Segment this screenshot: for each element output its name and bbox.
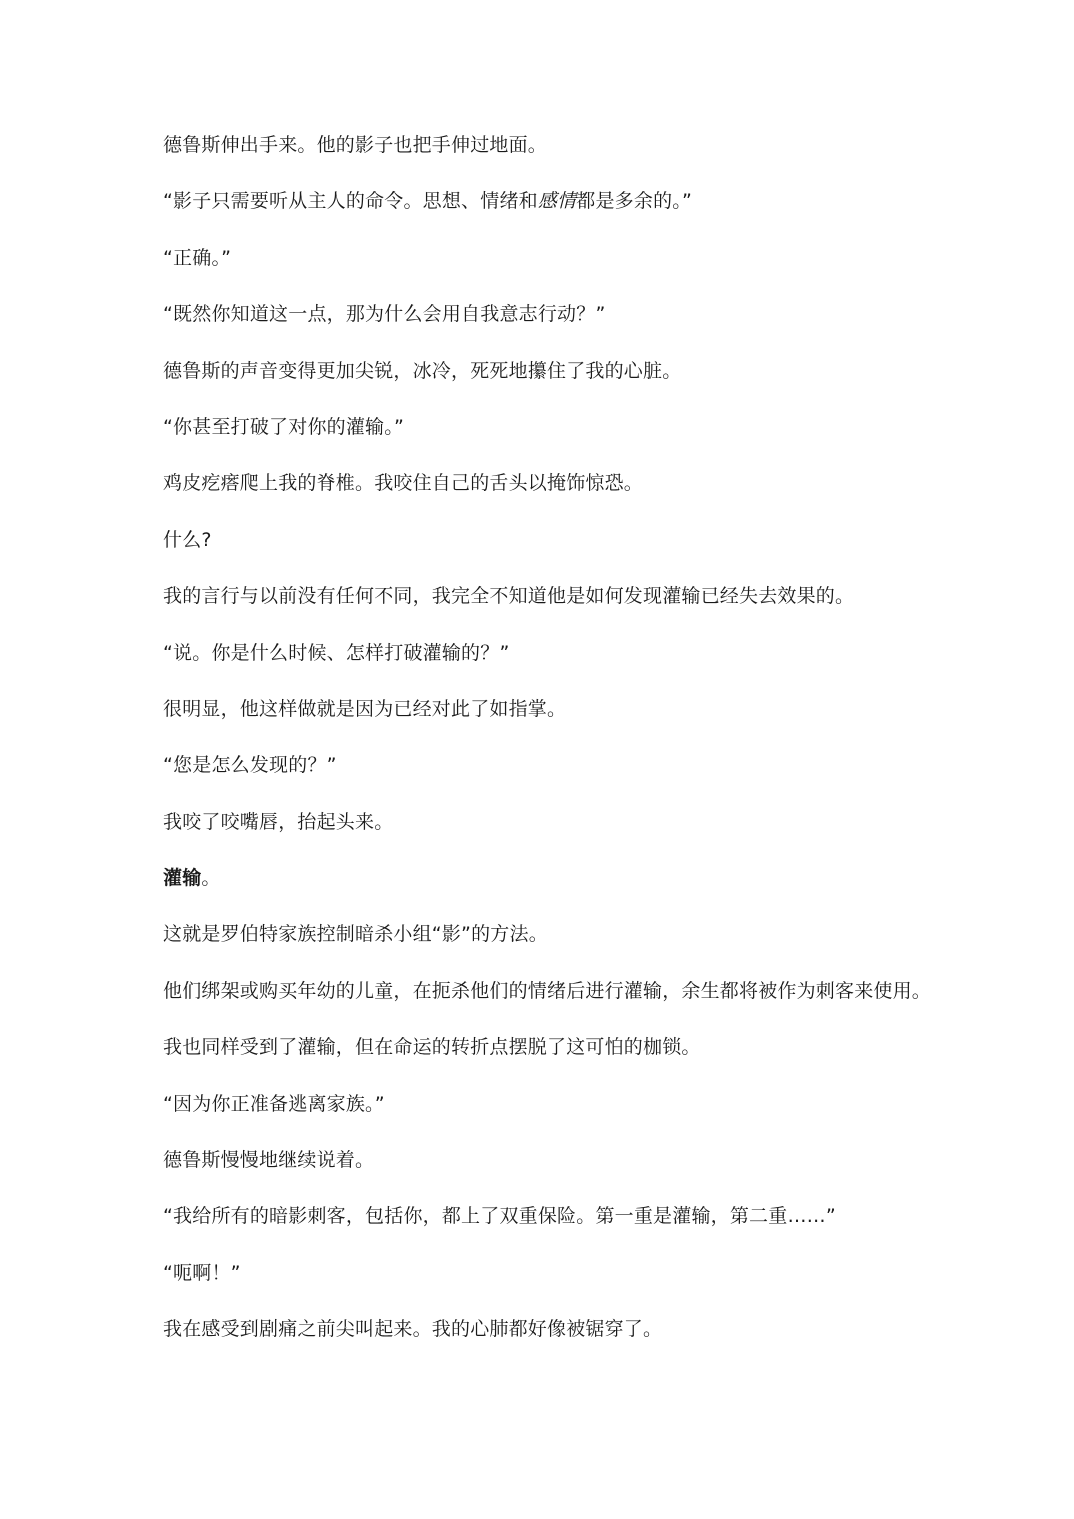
paragraph: “您是怎么发现的？” (163, 751, 963, 779)
paragraph: 这就是罗伯特家族控制暗杀小组“影”的方法。 (163, 920, 963, 948)
paragraph: “说。你是什么时候、怎样打破灌输的？” (163, 639, 963, 667)
paragraph: 我在感受到剧痛之前尖叫起来。我的心肺都好像被锯穿了。 (163, 1315, 963, 1343)
paragraph: “影子只需要听从主人的命令。思想、情绪和感情都是多余的。” (163, 187, 963, 215)
paragraph: 我也同样受到了灌输，但在命运的转折点摆脱了这可怕的枷锁。 (163, 1033, 963, 1061)
bold-heading-term: 灌输 (163, 867, 201, 889)
paragraph: 德鲁斯慢慢地继续说着。 (163, 1146, 963, 1174)
paragraph: 灌输。 (163, 864, 963, 892)
paragraph: “我给所有的暗影刺客，包括你，都上了双重保险。第一重是灌输，第二重……” (163, 1202, 963, 1230)
paragraph: “既然你知道这一点，那为什么会用自我意志行动？” (163, 300, 963, 328)
paragraph: “因为你正准备逃离家族。” (163, 1090, 963, 1118)
paragraph: “正确。” (163, 244, 963, 272)
paragraph: 我咬了咬嘴唇，抬起头来。 (163, 808, 963, 836)
italic-emphasis: 感情 (538, 190, 576, 212)
paragraph-text: “影子只需要听从主人的命令。思想、情绪和 (163, 190, 538, 212)
paragraph: “呃啊！” (163, 1259, 963, 1287)
paragraph: 很明显，他这样做就是因为已经对此了如指掌。 (163, 695, 963, 723)
paragraph: 德鲁斯的声音变得更加尖锐，冰冷，死死地攥住了我的心脏。 (163, 357, 963, 385)
paragraph: 他们绑架或购买年幼的儿童，在扼杀他们的情绪后进行灌输，余生都将被作为刺客来使用。 (163, 977, 963, 1005)
paragraph: “你甚至打破了对你的灌输。” (163, 413, 963, 441)
document-body: 德鲁斯伸出手来。他的影子也把手伸过地面。 “影子只需要听从主人的命令。思想、情绪… (163, 131, 963, 1372)
paragraph: 鸡皮疙瘩爬上我的脊椎。我咬住自己的舌头以掩饰惊恐。 (163, 469, 963, 497)
paragraph-text: 。 (201, 867, 220, 889)
paragraph: 德鲁斯伸出手来。他的影子也把手伸过地面。 (163, 131, 963, 159)
paragraph-text: 都是多余的。” (576, 190, 692, 212)
paragraph: 我的言行与以前没有任何不同，我完全不知道他是如何发现灌输已经失去效果的。 (163, 582, 963, 610)
paragraph: 什么? (163, 526, 963, 554)
